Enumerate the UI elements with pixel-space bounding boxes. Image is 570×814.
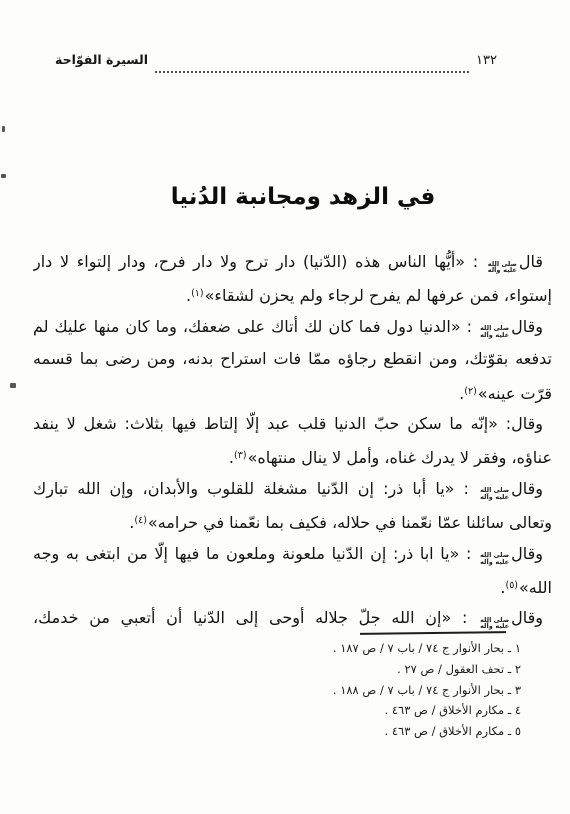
body-line: وقال: «إنّه ما سكن حبّ الدنيا قلب عبد إل… [33,408,552,440]
body-line: تدفعه بقوّتك، ومن انقطع رجاؤه ممّا فات ا… [33,343,552,375]
text-run: وقال [511,608,543,627]
text-run: : «الدنيا دول فما كان لك أتاك على ضعفك، … [33,317,478,336]
body-line: وقالصلى اللهعليه وآله : «الدنيا دول فما … [33,311,552,343]
salawat-honorific-mark: صلى اللهعليه وآله [488,261,517,274]
body-text: قالصلى اللهعليه وآله : «أيُّها الناس هذه… [33,246,552,635]
scan-speck [1,174,6,178]
text-run: وقال [511,317,543,336]
body-line: وقالصلى اللهعليه وآله : «يا ابا ذر: إن ا… [33,538,552,570]
salawat-honorific-mark: صلى اللهعليه وآله [480,325,509,338]
body-line: إستواء، فمن عرفها لم يفرح لرجاء ولم يحزن… [33,278,552,310]
text-run: : «يا ابا ذر: إن الدّنيا ملعونة وملعون م… [33,544,478,563]
footnote-item: ١ ـ بحار الأنوار ج ٧٤ / باب ٧ / ص ١٨٧ . [40,638,521,659]
page-number: ١٣٢ [476,53,497,68]
text-run: : «أيُّها الناس هذه (الدّنيا) دار ترح ول… [33,252,486,271]
footnote-item: ٣ ـ بحار الأنوار ج ٧٤ / باب ٧ / ص ١٨٨ . [40,680,521,701]
body-line: وقالصلى اللهعليه وآله : «يا أبا ذر: إن ا… [33,473,552,505]
footnote-ref: (٣) [234,450,247,461]
body-line: عناؤه، وفقر لا يدرك غناه، وأمل لا ينال م… [33,440,552,472]
text-run: وقال [511,479,543,498]
text-run: وقال: «إنّه ما سكن حبّ الدنيا قلب عبد إل… [33,414,543,433]
text-run: عناؤه، وفقر لا يدرك غناه، وأمل لا ينال م… [248,448,552,467]
footnotes: ١ ـ بحار الأنوار ج ٧٤ / باب ٧ / ص ١٨٧ .٢… [40,638,521,742]
chapter-title: في الزهد ومجانبة الدُنيا [36,184,570,210]
footnote-ref: (٢) [464,386,477,397]
text-run: : «يا أبا ذر: إن الدّنيا مشغلة للقلوب وا… [33,479,478,498]
body-line: قالصلى اللهعليه وآله : «أيُّها الناس هذه… [33,246,552,278]
running-book-title: السيرة الفوّاحة [55,52,148,67]
scan-speck [2,126,5,132]
body-line: الله»(٥). [33,570,552,602]
book-page: ١٣٢ السيرة الفوّاحة في الزهد ومجانبة الد… [0,0,570,814]
footnote-item: ٤ ـ مكارم الأخلاق / ص ٤٦٣ . [40,700,521,721]
text-run: وقال [511,544,543,563]
text-run: قال [519,252,543,271]
text-run: وتعالى سائلنا عمّا نعّمنا في حلاله، فكيف… [148,513,552,532]
footnote-item: ٢ ـ تحف العقول / ص ٢٧ . [40,659,521,680]
page-header: ١٣٢ السيرة الفوّاحة [55,52,497,78]
body-line: وتعالى سائلنا عمّا نعّمنا في حلاله، فكيف… [33,505,552,537]
salawat-honorific-mark: صلى اللهعليه وآله [480,617,509,630]
footnote-item: ٥ ـ مكارم الأخلاق / ص ٤٦٣ . [40,721,521,742]
text-run: إستواء، فمن عرفها لم يفرح لرجاء ولم يحزن… [205,286,552,305]
dotted-leader [155,70,469,73]
scan-speck [10,383,16,388]
salawat-honorific-mark: صلى اللهعليه وآله [480,552,509,565]
text-run: الله» [519,578,552,597]
text-run: قرّت عينه» [478,384,552,403]
body-line: قرّت عينه»(٢). [33,376,552,408]
salawat-honorific-mark: صلى اللهعليه وآله [480,487,509,500]
text-run: : «إن الله جلّ جلاله أوحى إلى الدّنيا أن… [33,608,478,627]
body-line: وقالصلى اللهعليه وآله : «إن الله جلّ جلا… [33,602,552,634]
footnote-ref: (١) [191,288,204,299]
footnote-ref: (٤) [134,515,147,526]
footnote-ref: (٥) [505,580,518,591]
text-run: تدفعه بقوّتك، ومن انقطع رجاؤه ممّا فات ا… [33,349,552,375]
